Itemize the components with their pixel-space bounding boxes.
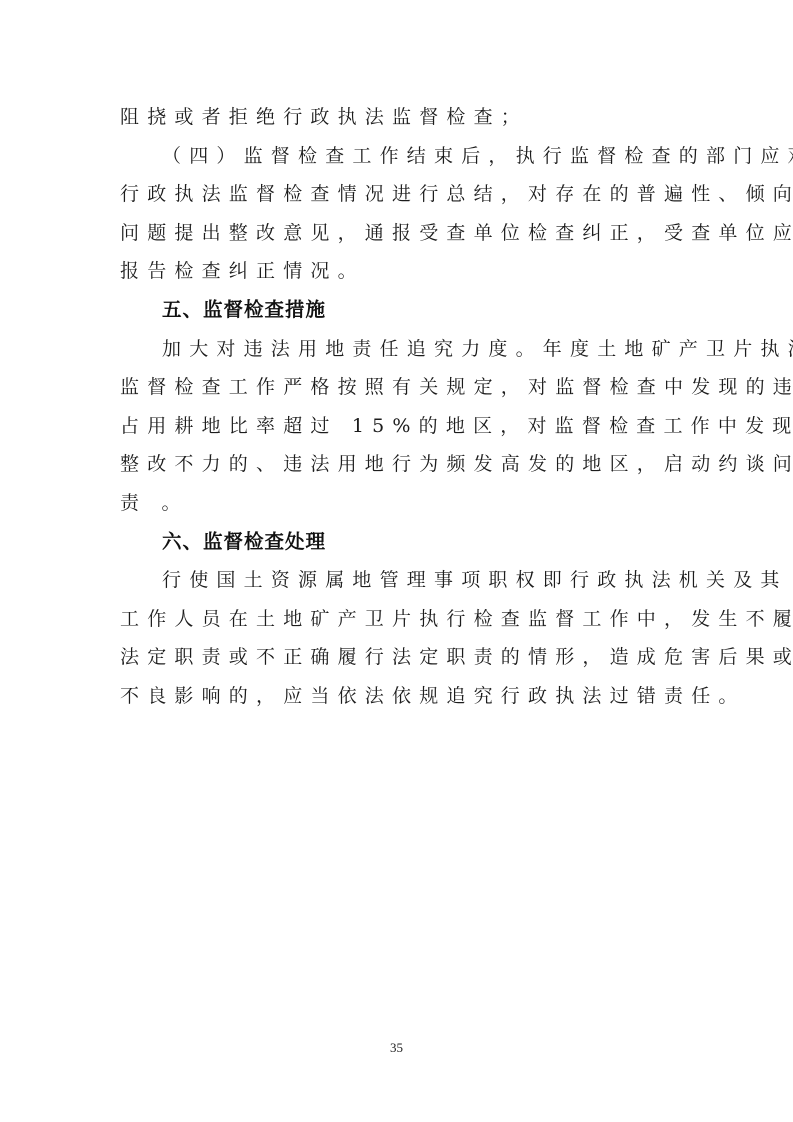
text-line: 监督检查工作严格按照有关规定，对监督检查中发现的违法 (120, 368, 676, 407)
text-line: 阻挠或者拒绝行政执法监督检查； (120, 98, 676, 137)
text-line: 占用耕地比率超过 15%的地区，对监督检查工作中发现查处 (120, 407, 676, 446)
text-line: 不良影响的，应当依法依规追究行政执法过错责任。 (120, 677, 676, 716)
section-six-heading: 六、监督检查处理 (120, 523, 676, 562)
text-line: 责 。 (120, 484, 676, 523)
section-five-paragraph-start: 加大对违法用地责任追究力度。年度土地矿产卫片执法 (120, 330, 676, 369)
text-line: 工作人员在土地矿产卫片执行检查监督工作中，发生不履行 (120, 600, 676, 639)
text-line: 法定职责或不正确履行法定职责的情形，造成危害后果或者 (120, 638, 676, 677)
section-six-paragraph-start: 行使国土资源属地管理事项职权即行政执法机关及其 (120, 561, 676, 600)
section-five-heading: 五、监督检查措施 (120, 291, 676, 330)
text-line: 行政执法监督检查情况进行总结，对存在的普遍性、倾向性 (120, 175, 676, 214)
document-body: 阻挠或者拒绝行政执法监督检查； （四）监督检查工作结束后，执行监督检查的部门应对… (120, 98, 676, 716)
document-page: 阻挠或者拒绝行政执法监督检查； （四）监督检查工作结束后，执行监督检查的部门应对… (0, 0, 793, 1122)
text-line: 报告检查纠正情况。 (120, 252, 676, 291)
text-line: 问题提出整改意见，通报受查单位检查纠正，受查单位应当 (120, 214, 676, 253)
page-number: 35 (0, 1040, 793, 1056)
text-line: 整改不力的、违法用地行为频发高发的地区，启动约谈问 (120, 445, 676, 484)
item-four-paragraph-start: （四）监督检查工作结束后，执行监督检查的部门应对 (120, 137, 676, 176)
